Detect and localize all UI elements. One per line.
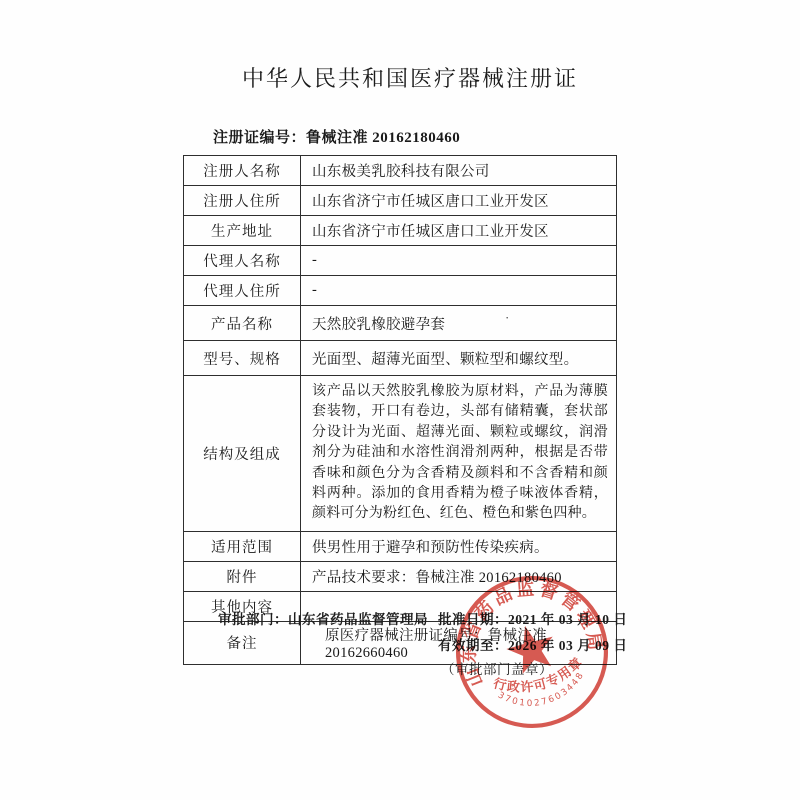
seal-star-icon — [502, 620, 560, 676]
table-row-model-spec: 型号、规格 光面型、超薄光面型、颗粒型和螺纹型。 — [184, 341, 617, 376]
row-label: 代理人名称 — [184, 246, 301, 276]
registration-number-value: 鲁械注准 20162180460 — [306, 130, 460, 146]
table-row-product-name: 产品名称 天然胶乳橡胶避孕套 — [184, 306, 617, 341]
row-label: 注册人名称 — [184, 156, 301, 186]
table-row-structure-composition: 结构及组成 该产品以天然胶乳橡胶为原材料，产品为薄膜套装物，开口有卷边，头部有储… — [184, 376, 617, 532]
table-row-registrant-name: 注册人名称 山东极美乳胶科技有限公司 — [184, 156, 617, 186]
approval-department-value: 山东省药品监督管理局 — [288, 612, 428, 627]
row-value: 山东省济宁市任城区唐口工业开发区 — [301, 216, 617, 246]
table-row-production-address: 生产地址 山东省济宁市任城区唐口工业开发区 — [184, 216, 617, 246]
row-value: 光面型、超薄光面型、颗粒型和螺纹型。 — [301, 341, 617, 376]
row-value: 供男性用于避孕和预防性传染疾病。 — [301, 531, 617, 561]
scan-artifact-dot: · — [505, 310, 509, 326]
row-label: 产品名称 — [184, 306, 301, 341]
certificate-page: 中华人民共和国医疗器械注册证 注册证编号：鲁械注准 20162180460 注册… — [0, 0, 800, 800]
table-row-intended-use: 适用范围 供男性用于避孕和预防性传染疾病。 — [184, 531, 617, 561]
table-row-agent-address: 代理人住所 - — [184, 276, 617, 306]
row-value: 该产品以天然胶乳橡胶为原材料，产品为薄膜套装物，开口有卷边，头部有储精囊，套状部… — [301, 376, 617, 532]
row-value: 山东省济宁市任城区唐口工业开发区 — [301, 186, 617, 216]
approval-department-line: 审批部门：山东省药品监督管理局 — [218, 608, 428, 628]
table-row-registrant-address: 注册人住所 山东省济宁市任城区唐口工业开发区 — [184, 186, 617, 216]
row-value: - — [301, 246, 617, 276]
row-label: 结构及组成 — [184, 376, 301, 532]
seal-organization-text: 山东省药品监督管理局 — [448, 568, 608, 690]
official-seal: 山东省药品监督管理局 行政许可专用章 3701027603448 — [448, 568, 616, 736]
svg-text:山东省药品监督管理局: 山东省药品监督管理局 — [448, 568, 608, 690]
row-label: 注册人住所 — [184, 186, 301, 216]
row-label: 代理人住所 — [184, 276, 301, 306]
row-label: 生产地址 — [184, 216, 301, 246]
page-title: 中华人民共和国医疗器械注册证 — [10, 62, 800, 93]
row-label: 型号、规格 — [184, 341, 301, 376]
row-label: 附件 — [184, 561, 301, 591]
approval-department-label: 审批部门： — [218, 612, 288, 627]
row-value: 天然胶乳橡胶避孕套 — [301, 306, 617, 341]
registration-number-line: 注册证编号：鲁械注准 20162180460 — [213, 126, 460, 147]
row-label: 适用范围 — [184, 531, 301, 561]
row-value: 山东极美乳胶科技有限公司 — [301, 156, 617, 186]
registration-number-label: 注册证编号： — [213, 130, 306, 146]
row-value: - — [301, 276, 617, 306]
table-row-agent-name: 代理人名称 - — [184, 246, 617, 276]
